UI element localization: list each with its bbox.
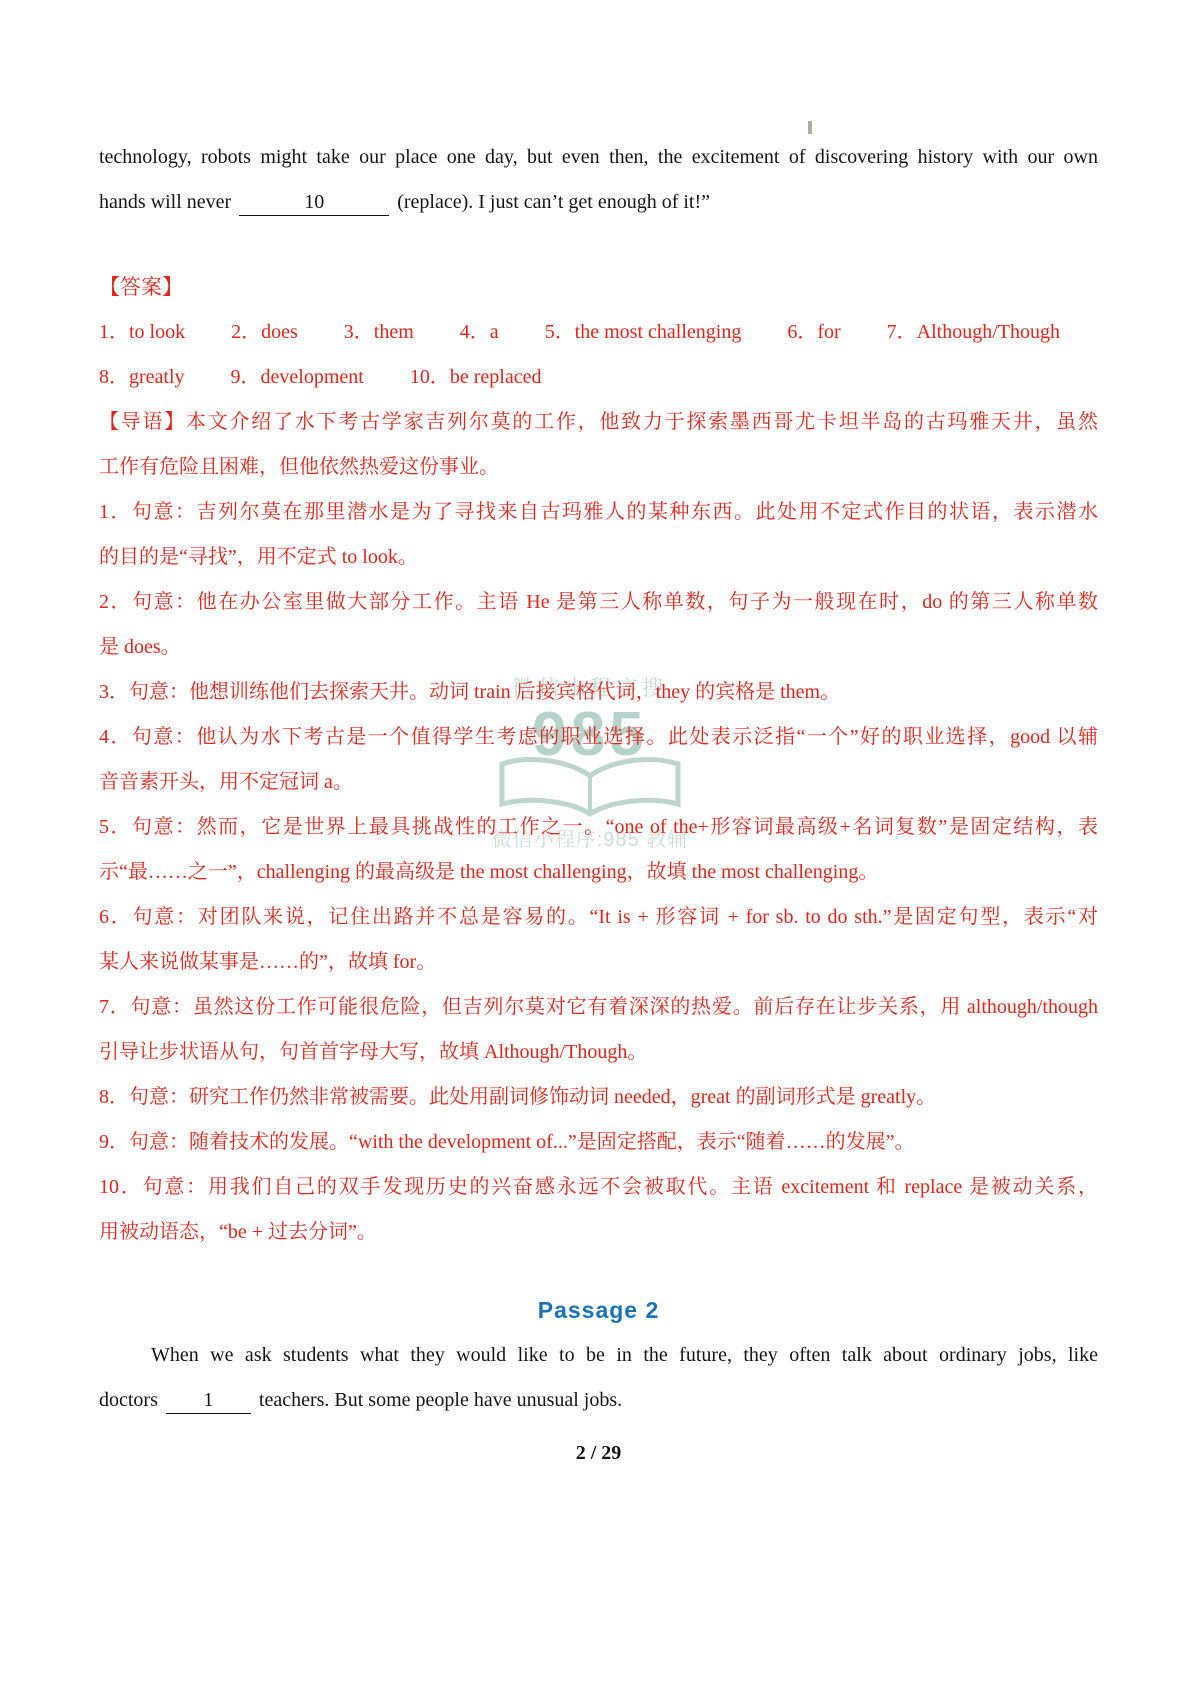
top-paragraph: technology, robots might take our place … bbox=[99, 0, 1098, 225]
top-line2-suffix: (replace). I just can’t get enough of it… bbox=[397, 191, 710, 213]
analysis-item-10-line-1: 10．句意：用我们自己的双手发现历史的兴奋感永远不会被取代。主语 excitem… bbox=[99, 1165, 1098, 1210]
analysis-item-9-line-1: 9．句意：随着技术的发展。“with the development of...… bbox=[99, 1120, 1098, 1165]
analysis-intro: 【导语】本文介绍了水下考古学家吉列尔莫的工作，他致力于探索墨西哥尤卡坦半岛的古玛… bbox=[99, 400, 1098, 490]
analysis-item-1-line-2: 的目的是“寻找”，用不定式 to look。 bbox=[99, 535, 1098, 580]
answer-item-8: 8．greatly bbox=[99, 366, 185, 388]
analysis-item-2-line-2: 是 does。 bbox=[99, 625, 1098, 670]
analysis-item-8-line-1: 8．句意：研究工作仍然非常被需要。此处用副词修饰动词 needed，great … bbox=[99, 1075, 1098, 1120]
analysis-item-5-line-1: 5．句意：然而，它是世界上最具挑战性的工作之一。“one of the+形容词最… bbox=[99, 805, 1098, 850]
passage2-line-2: doctors1teachers. But some people have u… bbox=[99, 1378, 1098, 1423]
page-number: 2 / 29 bbox=[99, 1433, 1098, 1473]
answers-header: 【答案】 bbox=[99, 265, 1098, 310]
answer-item-7: 7．Although/Though bbox=[887, 321, 1060, 343]
top-line2-prefix: hands will never bbox=[99, 191, 231, 213]
analysis-intro-line-1: 【导语】本文介绍了水下考古学家吉列尔莫的工作，他致力于探索墨西哥尤卡坦半岛的古玛… bbox=[99, 400, 1098, 445]
top-paragraph-line-1: technology, robots might take our place … bbox=[99, 135, 1098, 180]
passage2-line2-suffix: teachers. But some people have unusual j… bbox=[259, 1389, 622, 1411]
answers-row-1: 1．to look2．does3．them4．a5．the most chall… bbox=[99, 310, 1098, 355]
passage2-line2-prefix: doctors bbox=[99, 1389, 158, 1411]
passage2-heading: Passage 2 bbox=[99, 1288, 1098, 1333]
answer-item-3: 3．them bbox=[344, 321, 414, 343]
analysis-item-6-line-1: 6．句意：对团队来说，记住出路并不总是容易的。“It is + 形容词 + fo… bbox=[99, 895, 1098, 940]
analysis-item-7-line-1: 7．句意：虽然这份工作可能很危险，但吉列尔莫对它有着深深的热爱。前后存在让步关系… bbox=[99, 985, 1098, 1030]
passage2-line-1: When we ask students what they would lik… bbox=[99, 1333, 1098, 1378]
artifact-mark bbox=[808, 121, 812, 134]
passage2-paragraph: When we ask students what they would lik… bbox=[99, 1333, 1098, 1423]
answer-item-9: 9．development bbox=[231, 366, 364, 388]
blank-10: 10 bbox=[239, 192, 389, 216]
analysis-items: 1．句意：吉列尔莫在那里潜水是为了寻找来自古玛雅人的某种东西。此处用不定式作目的… bbox=[99, 490, 1098, 1255]
analysis-item-4-line-2: 音音素开头，用不定冠词 a。 bbox=[99, 760, 1098, 805]
analysis-item-10-line-2: 用被动语态，“be + 过去分词”。 bbox=[99, 1210, 1098, 1255]
answer-item-6: 6．for bbox=[787, 321, 840, 343]
analysis-item-6-line-2: 某人来说做某事是……的”，故填 for。 bbox=[99, 940, 1098, 985]
analysis-item-4-line-1: 4．句意：他认为水下考古是一个值得学生考虑的职业选择。此处表示泛指“一个”好的职… bbox=[99, 715, 1098, 760]
answer-item-10: 10．be replaced bbox=[410, 366, 542, 388]
page-content: technology, robots might take our place … bbox=[99, 0, 1098, 1473]
analysis-item-7-line-2: 引导让步状语从句，句首首字母大写，故填 Although/Though。 bbox=[99, 1030, 1098, 1075]
analysis-item-5-line-2: 示“最……之一”，challenging 的最高级是 the most chal… bbox=[99, 850, 1098, 895]
answers-row-2: 8．greatly9．development10．be replaced bbox=[99, 355, 1098, 400]
analysis-item-2-line-1: 2．句意：他在办公室里做大部分工作。主语 He 是第三人称单数，句子为一般现在时… bbox=[99, 580, 1098, 625]
answer-item-5: 5．the most challenging bbox=[545, 321, 742, 343]
answer-item-2: 2．does bbox=[231, 321, 298, 343]
document-page: 微信小程序搜 985 微信小程序:985 教辅 technology, robo… bbox=[0, 0, 1190, 1683]
top-paragraph-line-2: hands will never10(replace). I just can’… bbox=[99, 180, 1098, 225]
answer-item-1: 1．to look bbox=[99, 321, 185, 343]
analysis-item-1-line-1: 1．句意：吉列尔莫在那里潜水是为了寻找来自古玛雅人的某种东西。此处用不定式作目的… bbox=[99, 490, 1098, 535]
blank-1: 1 bbox=[166, 1390, 251, 1414]
analysis-item-3-line-1: 3．句意：他想训练他们去探索天井。动词 train 后接宾格代词，they 的宾… bbox=[99, 670, 1098, 715]
answer-item-4: 4．a bbox=[460, 321, 499, 343]
analysis-intro-line-2: 工作有危险且困难，但他依然热爱这份事业。 bbox=[99, 445, 1098, 490]
